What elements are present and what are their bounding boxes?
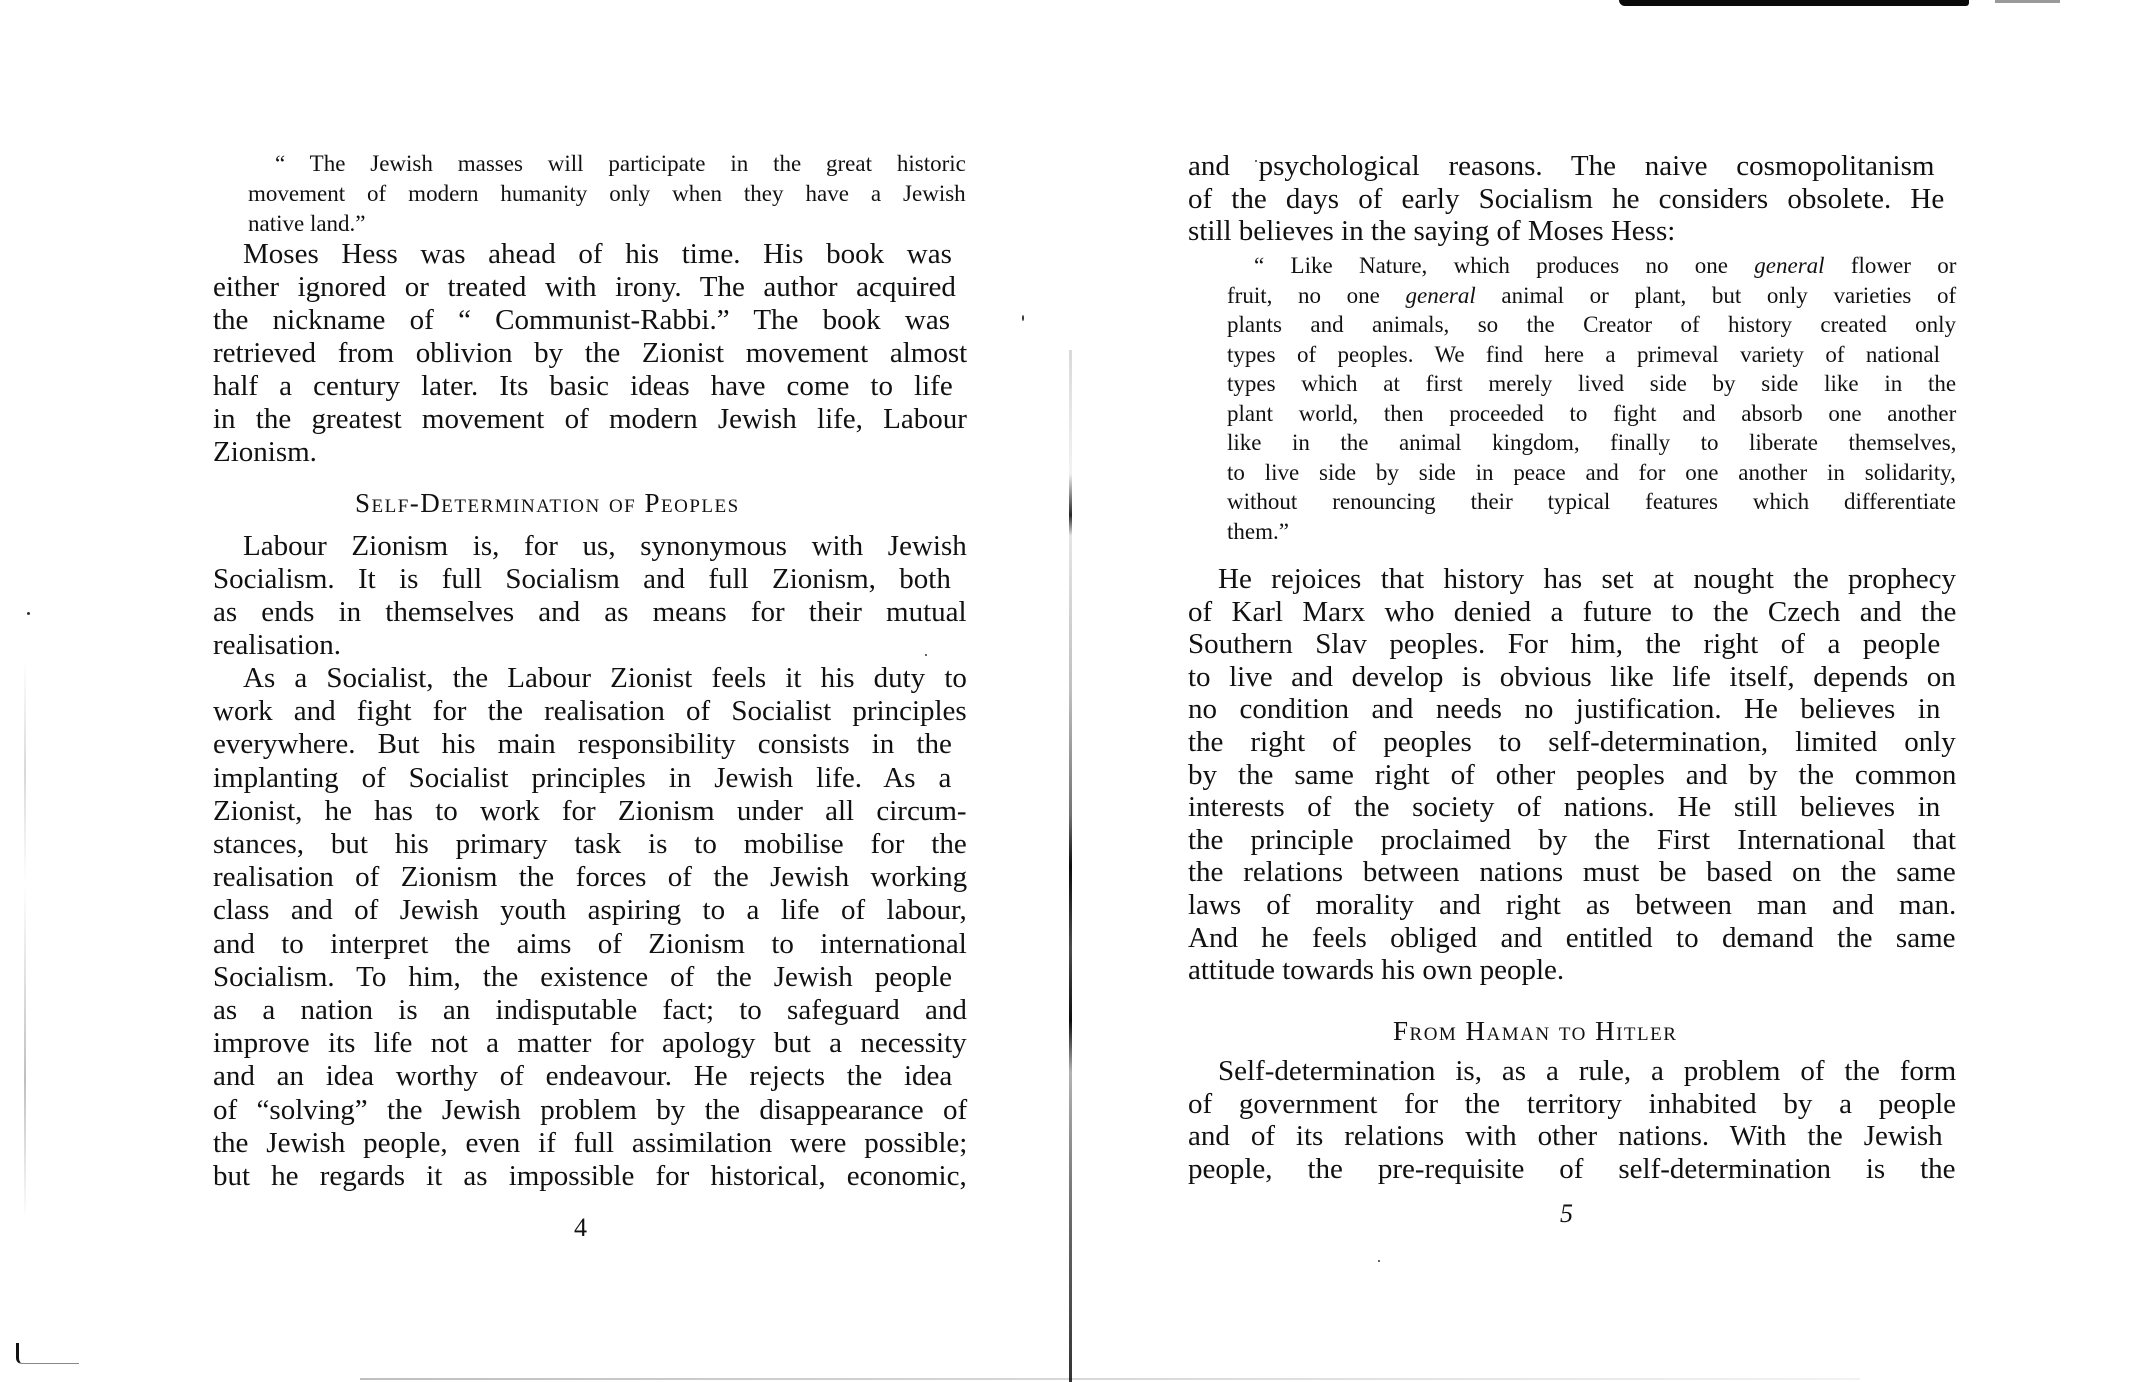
body-line: in the greatest movement of modern Jewis… — [213, 403, 967, 436]
scan-edge-bar-light — [1995, 0, 2060, 3]
body-line: Socialism. To him, the existence of the … — [213, 961, 952, 994]
body-line: either ignored or treated with irony. Th… — [213, 271, 956, 304]
quote-line: types of peoples. We find here a primeva… — [1227, 341, 1940, 369]
body-line: and of its relations with other nations.… — [1188, 1120, 1943, 1153]
quote-line: to live side by side in peace and for on… — [1227, 459, 1956, 487]
body-line: people, the pre-requisite of self-determ… — [1188, 1153, 1956, 1186]
body-line: Self-determination is, as a rule, a prob… — [1218, 1055, 1956, 1088]
quote-line: fruit, no one general animal or plant, b… — [1227, 282, 1956, 310]
body-line: Labour Zionism is, for us, synonymous wi… — [243, 530, 967, 563]
body-line: and psychological reasons. The naive cos… — [1188, 150, 1934, 183]
body-line: attitude towards his own people. — [1188, 954, 1564, 987]
left-edge-shadow — [24, 660, 26, 1220]
body-line: the right of peoples to self-determinati… — [1188, 726, 1956, 759]
quote-line: types which at first merely lived side b… — [1227, 370, 1956, 398]
body-line: no condition and needs no justification.… — [1188, 693, 1940, 726]
quote-line: plant world, then proceeded to fight and… — [1227, 400, 1956, 428]
body-line: as ends in themselves and as means for t… — [213, 596, 967, 629]
body-line: As a Socialist, the Labour Zionist feels… — [243, 662, 967, 695]
body-line: of “solving” the Jewish problem by the d… — [213, 1094, 967, 1127]
body-line: interests of the society of nations. He … — [1188, 791, 1940, 824]
body-line: improve its life not a matter for apolog… — [213, 1027, 967, 1060]
body-line: realisation. — [213, 629, 341, 662]
body-line: the relations between nations must be ba… — [1188, 856, 1956, 889]
quote-line: “ The Jewish masses will participate in … — [275, 150, 966, 178]
body-line: stances, but his primary task is to mobi… — [213, 828, 967, 861]
quote-line: them.” — [1227, 518, 1289, 546]
body-line: class and of Jewish youth aspiring to a … — [213, 894, 967, 927]
body-line: of government for the territory inhabite… — [1188, 1088, 1956, 1121]
page-number-left: 4 — [574, 1214, 587, 1242]
body-line: still believes in the saying of Moses He… — [1188, 215, 1675, 248]
page-number-right: 5 — [1560, 1200, 1573, 1228]
body-line: Zionism. — [213, 436, 317, 469]
bottom-edge-shadow — [360, 1378, 1860, 1380]
body-line: work and fight for the realisation of So… — [213, 695, 967, 728]
body-line: Zionist, he has to work for Zionism unde… — [213, 795, 967, 828]
body-line: He rejoices that history has set at noug… — [1218, 563, 1956, 596]
quote-line: “ Like Nature, which produces no one gen… — [1254, 252, 1956, 280]
body-line: to live and develop is obvious like life… — [1188, 661, 1956, 694]
quote-line: like in the animal kingdom, finally to l… — [1227, 429, 1956, 457]
quote-line: plants and animals, so the Creator of hi… — [1227, 311, 1956, 339]
quote-line: without renouncing their typical feature… — [1227, 488, 1956, 516]
page-corner-mark — [16, 1343, 79, 1364]
body-line: retrieved from oblivion by the Zionist m… — [213, 337, 967, 370]
body-line: the principle proclaimed by the First In… — [1188, 824, 1956, 857]
scan-speck — [925, 654, 927, 656]
body-line: of the days of early Socialism he consid… — [1188, 183, 1944, 216]
body-line: Southern Slav peoples. For him, the righ… — [1188, 628, 1940, 661]
body-line: And he feels obliged and entitled to dem… — [1188, 922, 1956, 955]
quote-line: native land.” — [248, 210, 366, 238]
body-line: the Jewish people, even if full assimila… — [213, 1127, 967, 1160]
body-line: half a century later. Its basic ideas ha… — [213, 370, 953, 403]
body-line: laws of morality and right as between ma… — [1188, 889, 1956, 922]
body-line: implanting of Socialist principles in Je… — [213, 762, 951, 795]
body-line: Socialism. It is full Socialism and full… — [213, 563, 951, 596]
scan-edge-bar — [1619, 0, 1969, 6]
book-gutter — [1069, 350, 1072, 1382]
scan-speck — [1022, 315, 1024, 321]
section-heading-haman-to-hitler: From Haman to Hitler — [1393, 1015, 1677, 1048]
body-line: everywhere. But his main responsibility … — [213, 728, 952, 761]
scan-speck — [27, 612, 30, 615]
body-line: and to interpret the aims of Zionism to … — [213, 928, 967, 961]
body-line: but he regards it as impossible for hist… — [213, 1160, 967, 1193]
body-line: by the same right of other peoples and b… — [1188, 759, 1956, 792]
quote-line: movement of modern humanity only when th… — [248, 180, 966, 208]
body-line: of Karl Marx who denied a future to the … — [1188, 596, 1956, 629]
body-line: the nickname of “ Communist-Rabbi.” The … — [213, 304, 950, 337]
body-line: Moses Hess was ahead of his time. His bo… — [243, 238, 952, 271]
scan-speck — [1378, 1260, 1380, 1262]
body-line: realisation of Zionism the forces of the… — [213, 861, 967, 894]
body-line: and an idea worthy of endeavour. He reje… — [213, 1060, 952, 1093]
section-heading-self-determination: Self-Determination of Peoples — [355, 487, 740, 520]
body-line: as a nation is an indisputable fact; to … — [213, 994, 967, 1027]
